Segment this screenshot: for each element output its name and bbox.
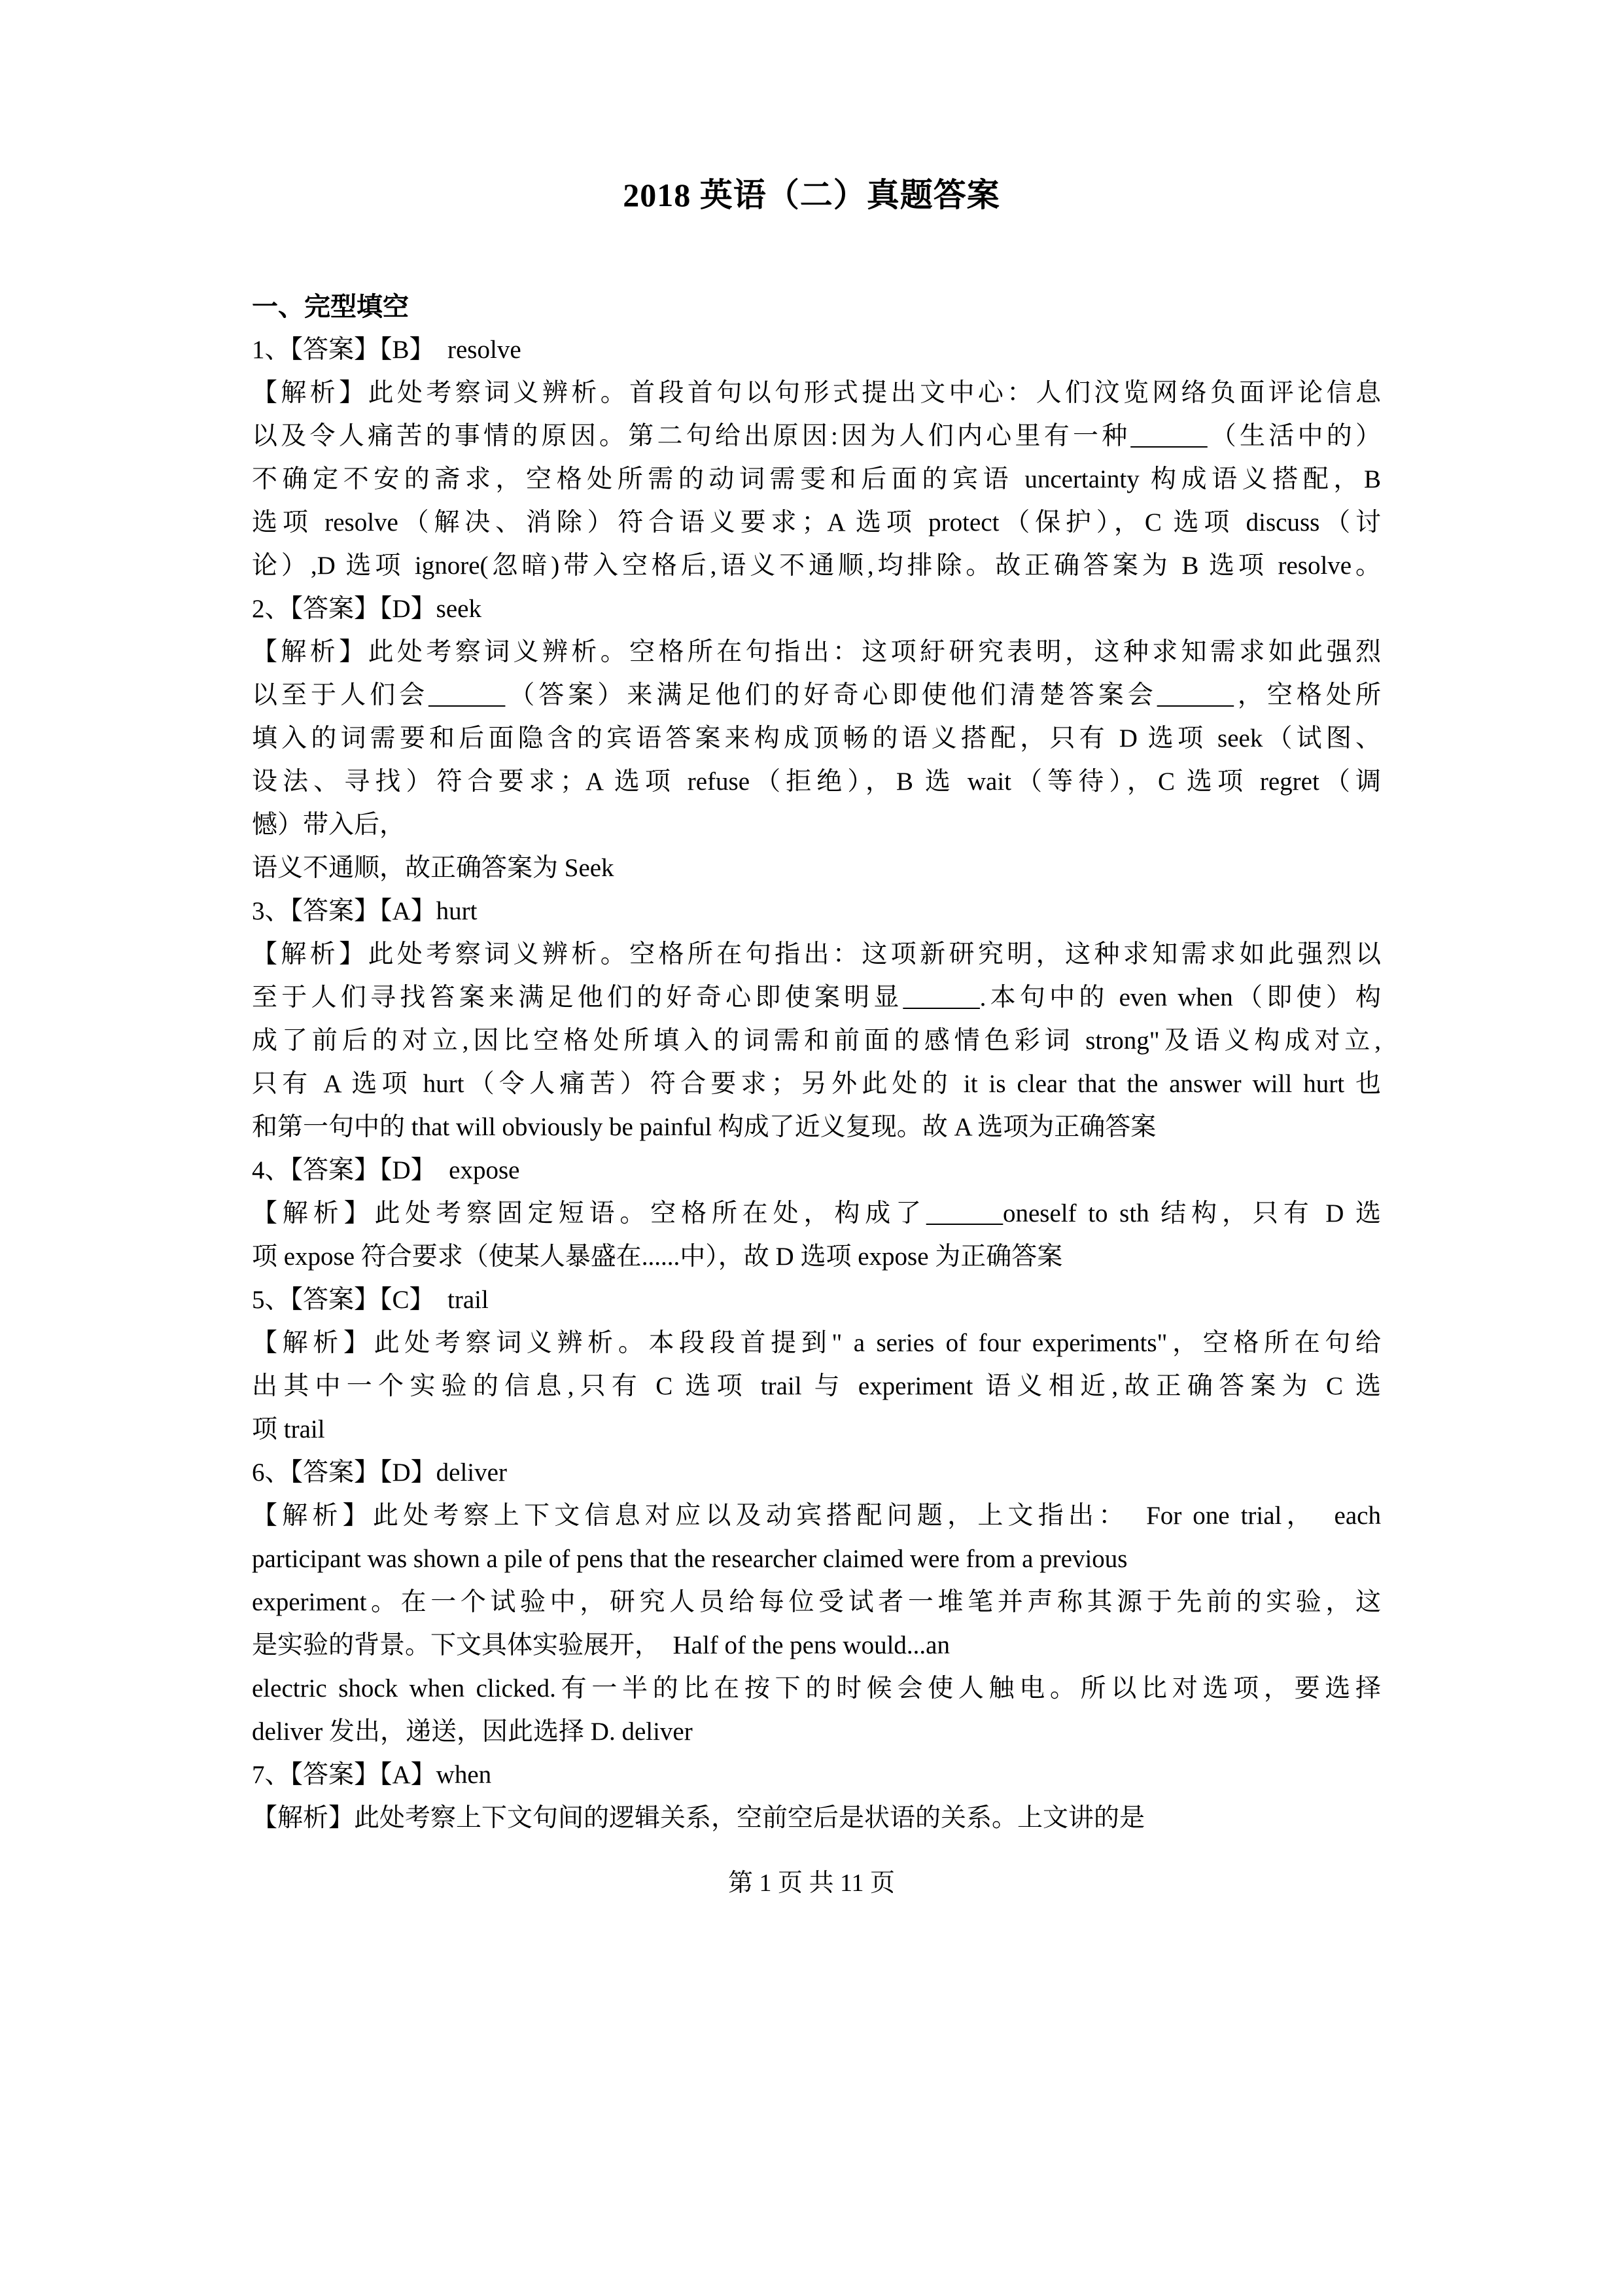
analysis-line: 【解析】此处考察词义辨析。本段段首提到" a series of four ex… — [252, 1322, 1381, 1365]
document-body: 一、完型填空 1、【答案】【B】 resolve 【解析】此处考察词义辨析。首段… — [252, 285, 1381, 1840]
page-title: 2018 英语（二）真题答案 — [0, 169, 1623, 216]
answer-line: 6、【答案】【D】deliver — [252, 1451, 1381, 1494]
page-footer: 第 1 页 共 11 页 — [0, 1862, 1623, 1898]
answer-item: 3、【答案】【A】hurt 【解析】此处考察词义辨析。空格所在句指出：这项新研究… — [252, 890, 1381, 1149]
analysis-line: deliver 发出，递送，因此选择 D. deliver — [252, 1710, 1381, 1754]
analysis-line: 以及令人痛苦的事情的原因。第二句给出原因:因为人们内心里有一种______（生活… — [252, 415, 1381, 458]
analysis-line: 只有 A 选项 hurt（令人痛苦）符合要求；另外此处的 it is clear… — [252, 1063, 1381, 1106]
analysis-line: 【解析】此处考察词义辨析。空格所在句指出：这项紆研究表明，这种求知需求如此强烈 — [252, 631, 1381, 674]
analysis-line: 憾）带入后， — [252, 804, 1381, 847]
analysis-line: 成了前后的对立,因比空格处所填入的词需和前面的感情色彩词 strong"及语义构… — [252, 1019, 1381, 1063]
analysis-line: 语义不通顺，故正确答案为 Seek — [252, 847, 1381, 890]
analysis-line: experiment。在一个试验中，研究人员给每位受试者一堆笔并声称其源于先前的… — [252, 1581, 1381, 1624]
analysis-line: 填入的词需要和后面隐含的宾语答案来构成顶畅的语义搭配，只有 D 选项 seek（… — [252, 717, 1381, 760]
analysis-line: 论）,D 选项 ignore(忽暗)带入空格后,语义不通顺,均排除。故正确答案为… — [252, 544, 1381, 588]
answer-line: 2、【答案】【D】seek — [252, 588, 1381, 631]
answer-line: 7、【答案】【A】when — [252, 1754, 1381, 1797]
answer-item: 2、【答案】【D】seek 【解析】此处考察词义辨析。空格所在句指出：这项紆研究… — [252, 588, 1381, 890]
answer-line: 3、【答案】【A】hurt — [252, 890, 1381, 933]
analysis-line: 选项 resolve（解决、消除）符合语义要求；A 选项 protect（保护）… — [252, 501, 1381, 544]
analysis-line: 【解析】此处考察词义辨析。空格所在句指出：这项新研究明，这种求知需求如此强烈以 — [252, 933, 1381, 976]
analysis-line: 【解析】此处考察上下文句间的逻辑关系，空前空后是状语的关系。上文讲的是 — [252, 1797, 1381, 1840]
analysis-line: 出其中一个实验的信息,只有 C 选项 trail 与 experiment 语义… — [252, 1365, 1381, 1408]
answer-item: 1、【答案】【B】 resolve 【解析】此处考察词义辨析。首段首句以句形式提… — [252, 328, 1381, 588]
answer-item: 6、【答案】【D】deliver 【解析】此处考察上下文信息对应以及动宾搭配问题… — [252, 1451, 1381, 1754]
answer-item: 5、【答案】【C】 trail 【解析】此处考察词义辨析。本段段首提到" a s… — [252, 1279, 1381, 1451]
analysis-line: 【解析】此处考察固定短语。空格所在处，构成了______oneself to s… — [252, 1192, 1381, 1235]
analysis-line: 以至于人们会______（答案）来满足他们的好奇心即使他们清楚答案会______… — [252, 674, 1381, 717]
answer-line: 5、【答案】【C】 trail — [252, 1279, 1381, 1322]
document-page: 2018 英语（二）真题答案 一、完型填空 1、【答案】【B】 resolve … — [0, 0, 1623, 2296]
analysis-line: 项 expose 符合要求（使某人暴盛在......中），故 D 选项 expo… — [252, 1235, 1381, 1279]
answer-item: 7、【答案】【A】when 【解析】此处考察上下文句间的逻辑关系，空前空后是状语… — [252, 1754, 1381, 1840]
analysis-line: 至于人们寻找笞案来满足他们的好奇心即使案明显______.本句中的 even w… — [252, 976, 1381, 1019]
answer-line: 4、【答案】【D】 expose — [252, 1149, 1381, 1192]
analysis-line: 设法、寻找）符合要求；A 选项 refuse（拒绝），B 选 wait（等待），… — [252, 760, 1381, 804]
analysis-line: 【解析】此处考察上下文信息对应以及动宾搭配问题，上文指出： For one tr… — [252, 1494, 1381, 1538]
analysis-line: 和第一句中的 that will obviously be painful 构成… — [252, 1106, 1381, 1149]
analysis-line: 【解析】此处考察词义辨析。首段首句以句形式提出文中心：人们汶览网络负面评论信息 — [252, 372, 1381, 415]
answer-item: 4、【答案】【D】 expose 【解析】此处考察固定短语。空格所在处，构成了_… — [252, 1149, 1381, 1279]
answer-line: 1、【答案】【B】 resolve — [252, 328, 1381, 372]
section-heading: 一、完型填空 — [252, 285, 1381, 328]
analysis-line: 项 trail — [252, 1408, 1381, 1451]
analysis-line: electric shock when clicked.有一半的比在按下的时候会… — [252, 1667, 1381, 1710]
analysis-line: 不确定不安的斋求，空格处所需的动词需雯和后面的宾语 uncertainty 构成… — [252, 458, 1381, 501]
analysis-line: 是实验的背景。下文具体实验展开， Half of the pens would.… — [252, 1624, 1381, 1667]
analysis-line: participant was shown a pile of pens tha… — [252, 1538, 1381, 1581]
